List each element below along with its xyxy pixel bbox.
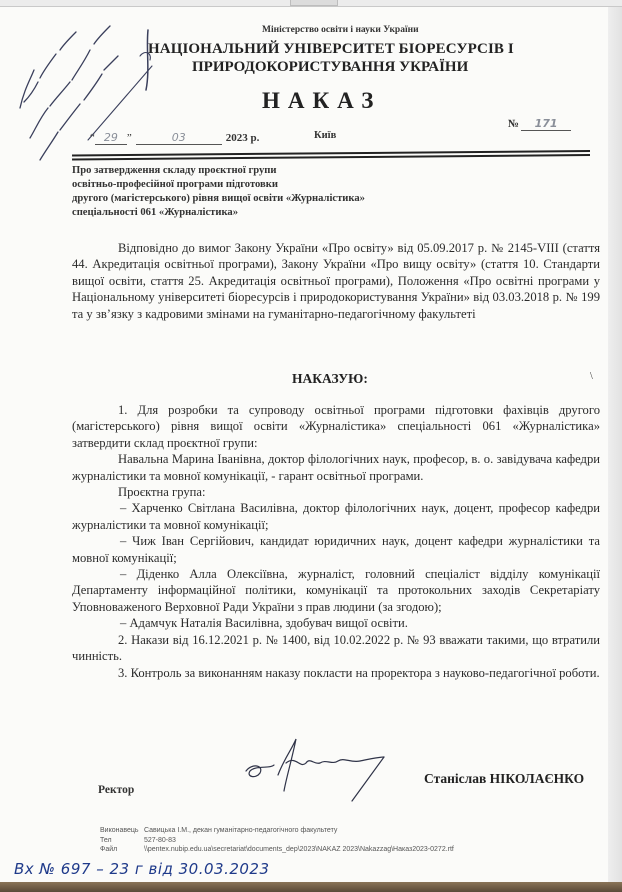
date-year: 2023 р. xyxy=(226,132,260,144)
subject-line: Про затвердження складу проєктної групи xyxy=(72,164,365,178)
page-edge-shadow xyxy=(608,7,622,882)
subject-line: спеціальності 061 «Журналістика» xyxy=(72,206,365,220)
signatory-name: Станіслав НІКОЛАЄНКО xyxy=(424,771,584,787)
date-day-handwritten: 29 xyxy=(95,131,127,145)
stray-mark: \ xyxy=(590,371,593,382)
guarantor-paragraph: Навальна Марина Іванівна, доктор філолог… xyxy=(72,451,600,484)
order-items: 1. Для розробки та супроводу освітньої п… xyxy=(72,402,600,681)
footer-file-row: Файл \\pentex.nubip.edu.ua\secretariat\d… xyxy=(100,845,454,855)
date-close-quote: ” xyxy=(127,132,132,144)
file-path: \\pentex.nubip.edu.ua\secretariat\docume… xyxy=(144,845,454,855)
number-value-handwritten: 171 xyxy=(521,117,571,131)
viewer-top-bar xyxy=(0,0,622,7)
footer-phone-row: Тел 527-80-83 xyxy=(100,836,454,846)
phone-value: 527-80-83 xyxy=(144,836,176,846)
group-member: – Адамчук Наталія Василівна, здобувач ви… xyxy=(72,615,600,631)
handwritten-inbox-registration: Вх № 697 – 23 г від 30.03.2023 xyxy=(14,860,270,878)
order-subject: Про затвердження складу проєктної групи … xyxy=(72,164,365,220)
executor-label: Виконавець xyxy=(100,826,144,836)
number-label: № xyxy=(508,118,519,130)
file-label: Файл xyxy=(100,845,144,855)
university-name-line1: НАЦІОНАЛЬНИЙ УНІВЕРСИТЕТ БІОРЕСУРСІВ І xyxy=(148,41,514,58)
order-item-2: 2. Накази від 16.12.2021 р. № 1400, від … xyxy=(72,632,600,665)
order-item-1: 1. Для розробки та супроводу освітньої п… xyxy=(72,402,600,451)
rector-signature xyxy=(240,735,400,805)
university-name-line2: ПРИРОДОКОРИСТУВАННЯ УКРАЇНИ xyxy=(192,59,468,76)
group-member: – Діденко Алла Олексіївна, журналіст, го… xyxy=(72,566,600,615)
order-date: “29”032023 р. xyxy=(90,131,259,145)
executor-footer: Виконавець Савицька І.М., декан гуманіта… xyxy=(100,826,454,855)
subject-line: другого (магістерського) рівня вищої осв… xyxy=(72,192,365,206)
photo-bottom-edge xyxy=(0,882,622,892)
preamble-text: Відповідно до вимог Закону України «Про … xyxy=(72,240,600,322)
document-title: НАКАЗ xyxy=(262,88,381,114)
order-item-3: 3. Контроль за виконанням наказу покласт… xyxy=(72,665,600,681)
order-heading: НАКАЗУЮ: xyxy=(292,371,368,387)
signatory-position: Ректор xyxy=(98,784,134,796)
phone-label: Тел xyxy=(100,836,144,846)
date-month-handwritten: 03 xyxy=(136,131,222,145)
city: Київ xyxy=(314,130,336,141)
group-member: – Чиж Іван Сергійович, кандидат юридични… xyxy=(72,533,600,566)
footer-executor-row: Виконавець Савицька І.М., декан гуманіта… xyxy=(100,826,454,836)
order-number: №171 xyxy=(508,117,571,131)
project-group-label: Проєктна група: xyxy=(72,484,600,500)
handwritten-resolution-note xyxy=(0,10,160,170)
subject-line: освітньо-професійної програми підготовки xyxy=(72,178,365,192)
executor-value: Савицька І.М., декан гуманітарно-педагог… xyxy=(144,826,337,836)
viewer-tab[interactable] xyxy=(290,0,338,6)
group-member: – Харченко Світлана Василівна, доктор фі… xyxy=(72,500,600,533)
preamble-paragraph: Відповідно до вимог Закону України «Про … xyxy=(72,240,600,322)
ministry-name: Міністерство освіти і науки України xyxy=(262,25,419,35)
